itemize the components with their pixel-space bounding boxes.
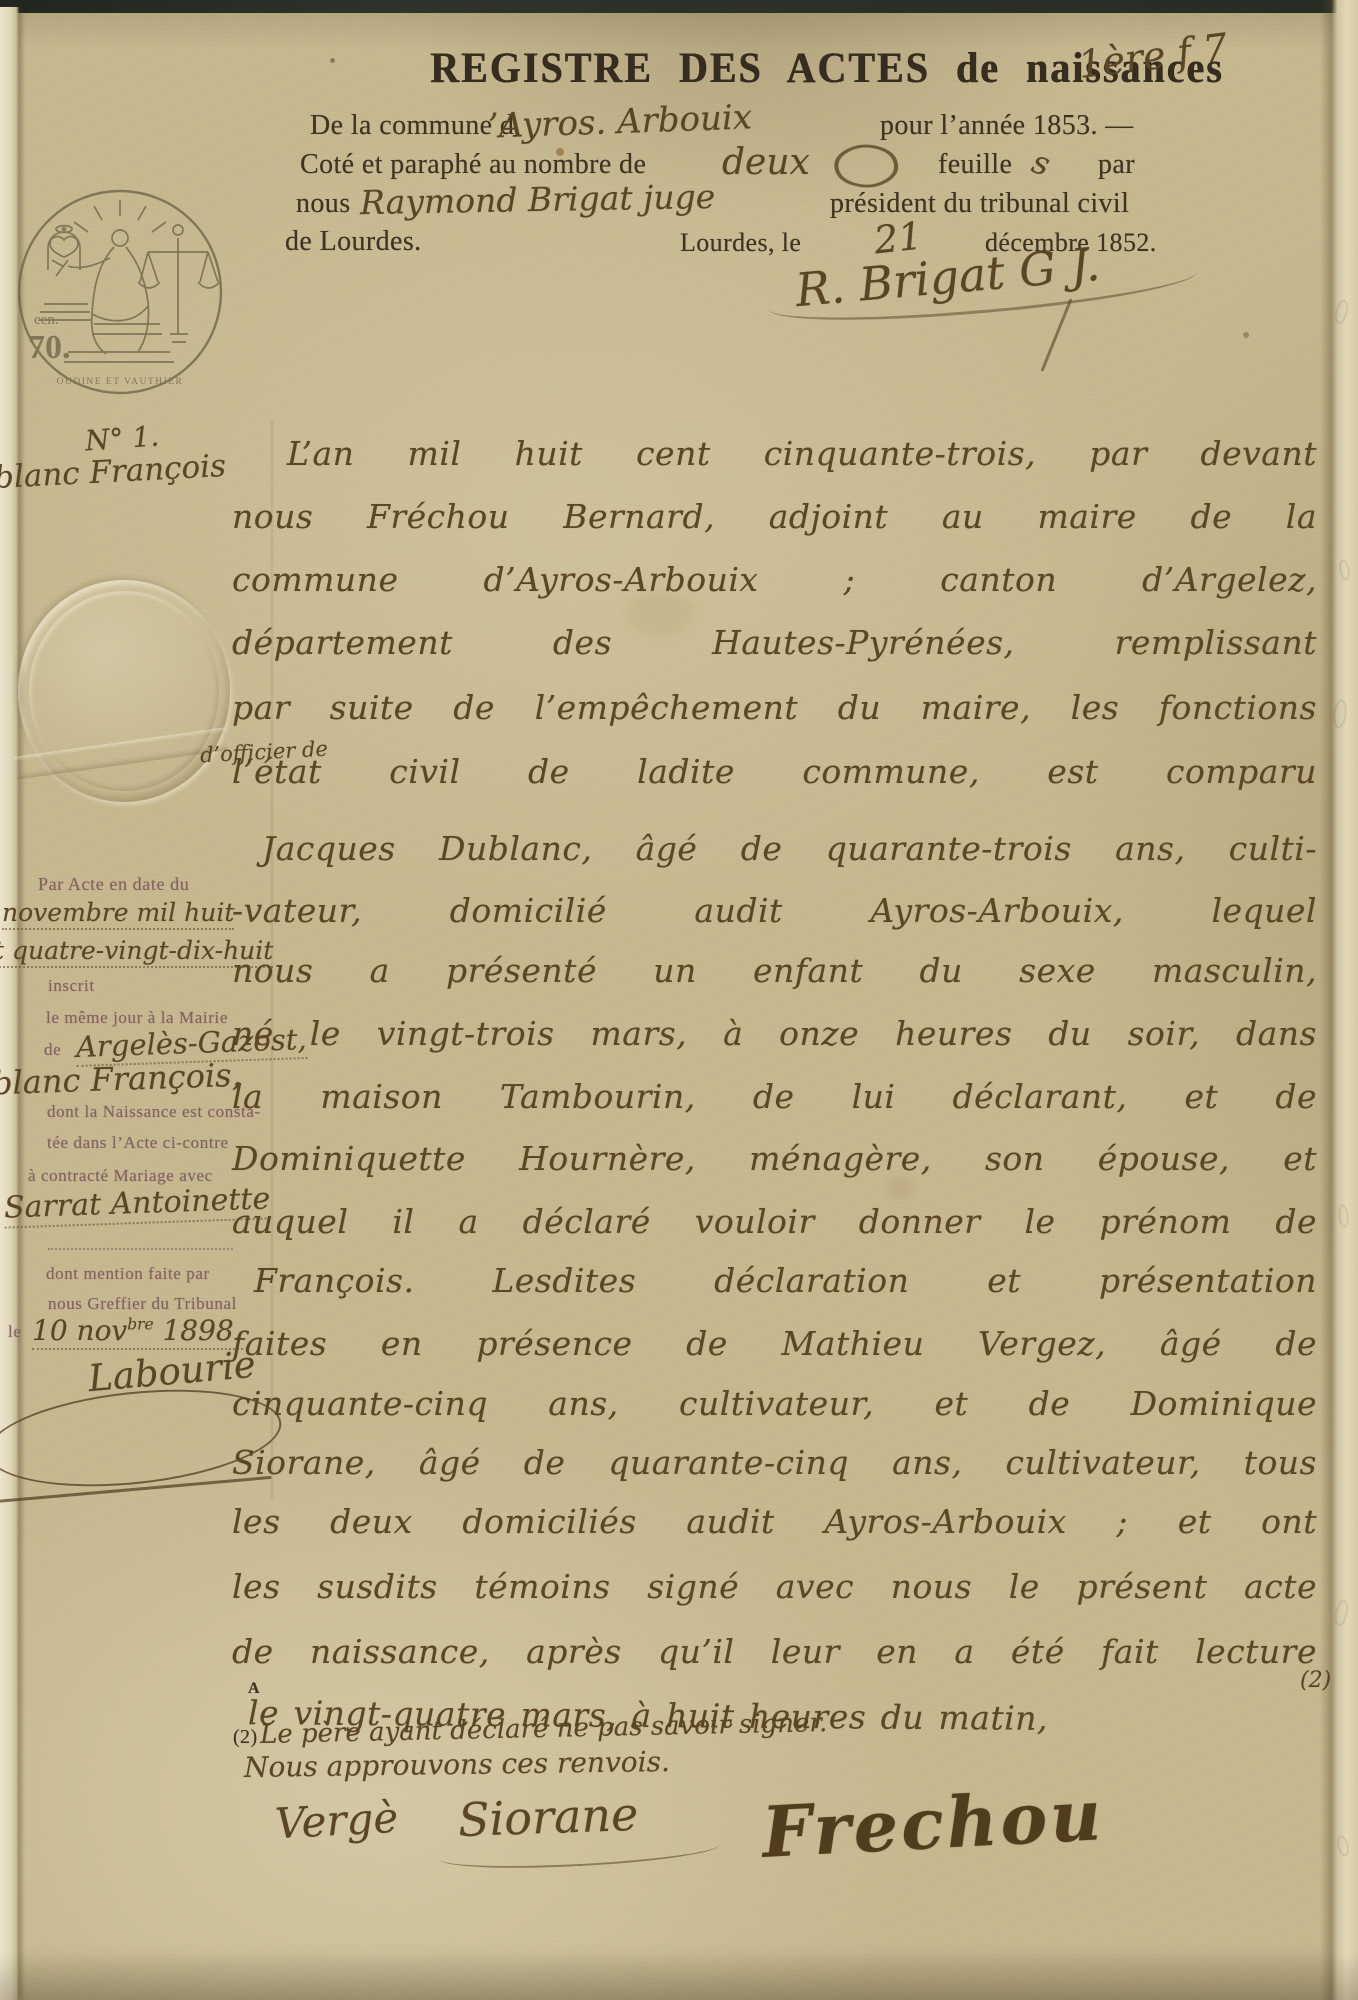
revenue-stamp-70c: cen. 70. OUDINE ET VAUTHIER: [8, 172, 232, 416]
mention-handwritten-date1: novembre mil huit: [2, 898, 234, 930]
act-line: faites en présence de Mathieu Vergez, âg…: [232, 1325, 1317, 1363]
handwritten-plural-s: s: [1028, 142, 1055, 183]
printed-de-lourdes: de Lourdes.: [285, 226, 422, 258]
page-deckle-edge-right: [1320, 0, 1358, 2000]
mention-line: inscrit: [48, 976, 95, 996]
printed-commune-label: De la commune d: [310, 110, 514, 142]
act-line: la maison Tambourin, de lui déclarant, e…: [232, 1078, 1317, 1116]
printed-place-date: Lourdes, le: [680, 228, 801, 258]
printed-year-phrase: pour l’année 1853. —: [880, 110, 1134, 142]
act-line: par suite de l’empêchement du maire, les…: [232, 689, 1317, 727]
printed-nous: nous: [296, 188, 351, 220]
mention-spouse2-name: Sarrat Antoinette: [3, 1181, 270, 1228]
printed-president-title: président du tribunal civil: [830, 188, 1129, 220]
act-line: né le vingt-trois mars, à onze heures du…: [232, 1015, 1317, 1053]
mention-line: tée dans l’Acte ci-contre: [47, 1133, 229, 1153]
mention-date-day: 10 nov: [32, 1314, 127, 1347]
handwritten-sheet-count: deux: [722, 142, 810, 183]
scan-edge-top: [0, 0, 1358, 13]
birth-register-scan: REGISTRE DES ACTES de naissances 1ère f …: [0, 0, 1358, 2000]
mention-line: de: [44, 1040, 61, 1060]
act-line: cinquante-cinq ans, cultivateur, et de D…: [232, 1385, 1317, 1423]
act-line: -vateur, domicilié audit Ayros-Arbouix, …: [232, 892, 1317, 930]
act-line: nous Fréchou Bernard, adjoint au maire d…: [232, 498, 1317, 536]
printed-par: par: [1098, 149, 1135, 181]
stamp-denomination-value: 70.: [28, 329, 71, 366]
act-line: les deux domiciliés audit Ayros-Arbouix …: [232, 1503, 1317, 1541]
handwritten-president-name: Raymond Brigat juge: [360, 177, 716, 222]
stamp-denomination-label: cen.: [34, 312, 59, 328]
act-line: François. Lesdites déclaration et présen…: [232, 1262, 1317, 1300]
mention-handwritten-date3: 10 novbre 1898.: [32, 1314, 243, 1350]
act-line: Dominiquette Hournère, ménagère, son épo…: [232, 1140, 1317, 1178]
act-line: L’an mil huit cent cinquante-trois, par …: [232, 435, 1317, 473]
stamp-engravers: OUDINE ET VAUTHIER: [57, 377, 184, 387]
witness-signature-vergez: Vergè: [274, 1793, 400, 1848]
act-line: auquel il a déclaré vouloir donner le pr…: [232, 1203, 1317, 1241]
paper-stain: [330, 58, 335, 63]
mention-line: le: [8, 1322, 21, 1342]
note-marker: (2): [233, 1726, 258, 1749]
renvoi-reference: (2): [1300, 1668, 1331, 1693]
act-line: nous a présenté un enfant du sexe mascul…: [232, 952, 1317, 990]
scan-shadow-bottom: [0, 1952, 1358, 2000]
insertion-caret: A: [248, 1680, 260, 1698]
mention-date-sup: bre: [127, 1316, 153, 1334]
act-line: département des Hautes-Pyrénées, remplis…: [232, 624, 1317, 662]
officer-signature-frechou: Frechou: [760, 1773, 1106, 1874]
handwritten-paraph-circle: ◯: [825, 135, 905, 190]
mention-line: à contracté Mariage avec: [28, 1166, 213, 1186]
signature-paraph-stroke: [1040, 298, 1072, 371]
act-line: l’état civil de ladite commune, est comp…: [232, 753, 1317, 791]
act-line: commune d’Ayros-Arbouix ; canton d’Argel…: [232, 561, 1317, 599]
mention-line: dont mention faite par: [46, 1264, 210, 1284]
act-line: de naissance, après qu’il leur en a été …: [232, 1633, 1317, 1671]
renvoi-note-line: Nous approuvons ces renvois.: [244, 1745, 670, 1784]
act-line: Jacques Dublanc, âgé de quarante-trois a…: [232, 830, 1317, 868]
mention-date-year: 1898.: [162, 1314, 242, 1347]
act-name: blanc François: [0, 448, 227, 496]
printed-cote-paraphe: Coté et paraphé au nombre de: [300, 149, 646, 181]
handwritten-commune: ’Ayros. Arbouix: [487, 97, 752, 146]
mention-dotted-rule: [48, 1248, 233, 1250]
mention-line: Par Acte en date du: [38, 874, 189, 895]
paper-stain: [888, 1178, 914, 1198]
printed-feuille: feuille: [938, 149, 1012, 181]
act-line: Siorane, âgé de quarante-cinq ans, culti…: [232, 1444, 1317, 1482]
act-line: les susdits témoins signé avec nous le p…: [232, 1568, 1317, 1606]
mention-line: nous Greffier du Tribunal: [48, 1294, 237, 1314]
mention-line: dont la Naissance est consta-: [47, 1102, 261, 1122]
paper-stain: [1243, 332, 1249, 338]
mention-spouse1-name: blanc François,: [0, 1056, 242, 1103]
